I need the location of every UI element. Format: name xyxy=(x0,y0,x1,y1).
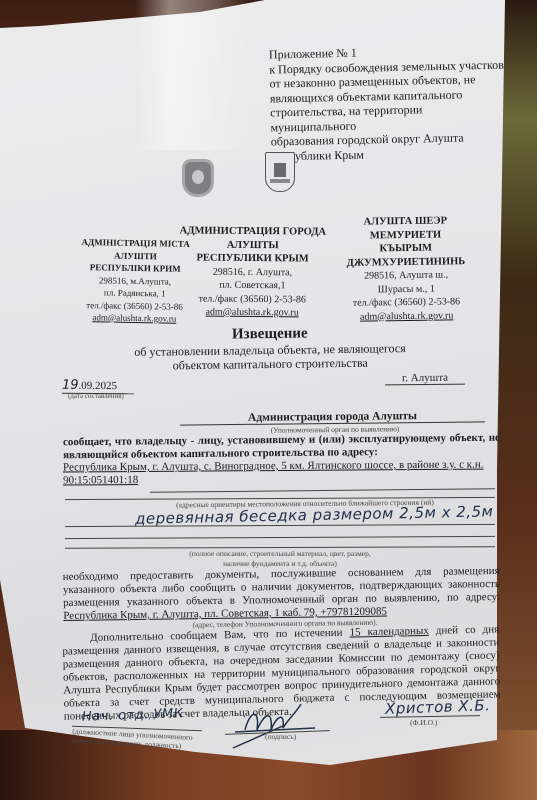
name-caption: (Ф.И.О.) xyxy=(410,718,437,727)
notice-heading: Извещение об установлении владельца объе… xyxy=(120,323,421,373)
org-email-link[interactable]: adm@alushta.rk.gov.ru xyxy=(92,312,176,323)
documents-request-paragraph: необходимо предоставить документы, послу… xyxy=(63,565,501,623)
header-column-crimean-tatar: АЛУШТА ШЕЭР МЕМУРИЕТИ КЪЫРЫМ ДЖУМХУРИЕТИ… xyxy=(321,214,490,324)
appendix-reference: Приложение № 1 к Порядку освобождения зе… xyxy=(269,42,511,163)
org-title-line: АЛУШТЫ xyxy=(175,238,330,253)
org-title-line: КЪЫРЫМ ДЖУМХУРИЕТИНИНЬ xyxy=(322,241,490,270)
caption-line: (полное описание, строительный материал,… xyxy=(170,549,390,559)
address-line: Республика Крым, г. Алушта, с. Виноградн… xyxy=(63,459,484,474)
org-email-link[interactable]: adm@alushta.rk.gov.ru xyxy=(360,310,453,322)
notice-message: сообщает, что владельцу - лицу, установи… xyxy=(63,432,500,463)
signature-scribble xyxy=(225,700,325,755)
date-caption: (дата составления) xyxy=(68,392,124,400)
org-title-line: РЕСПУБЛИКИ КРЫМ xyxy=(175,251,330,266)
handwritten-day: 19 xyxy=(62,378,79,393)
city-field: г. Алушта xyxy=(385,372,465,386)
org-address-line: пл. Советская,1 xyxy=(175,278,330,293)
object-address: Республика Крым, г. Алушта, с. Виноградн… xyxy=(63,458,500,487)
adhesive-tape xyxy=(135,0,250,150)
org-phone: тел./факс (36560) 2-53-86 xyxy=(175,292,330,307)
org-title-line: АДМИНИСТРАЦИЯ ГОРОДА xyxy=(175,224,330,239)
alushta-coat-of-arms-icon xyxy=(265,152,295,192)
date-printed: .09.2025 xyxy=(79,380,118,392)
header-column-russian: АДМИНИСТРАЦИЯ ГОРОДА АЛУШТЫ РЕСПУБЛИКИ К… xyxy=(175,224,331,320)
org-email-link[interactable]: adm@alushta.rk.gov.ru xyxy=(205,307,298,319)
deadline-days: 15 календарных xyxy=(349,625,428,639)
org-address-line: 298516, г. Алушта, xyxy=(175,265,330,280)
crimea-coat-of-arms-icon xyxy=(185,162,211,194)
paragraph-text: необходимо предоставить документы, послу… xyxy=(63,565,500,609)
signature-caption: (подпись) xyxy=(265,732,296,741)
org-phone: тел./факс (36560) 2-53-86 xyxy=(322,295,490,311)
cadastral-number: 90:15:051401:18 xyxy=(63,474,138,487)
